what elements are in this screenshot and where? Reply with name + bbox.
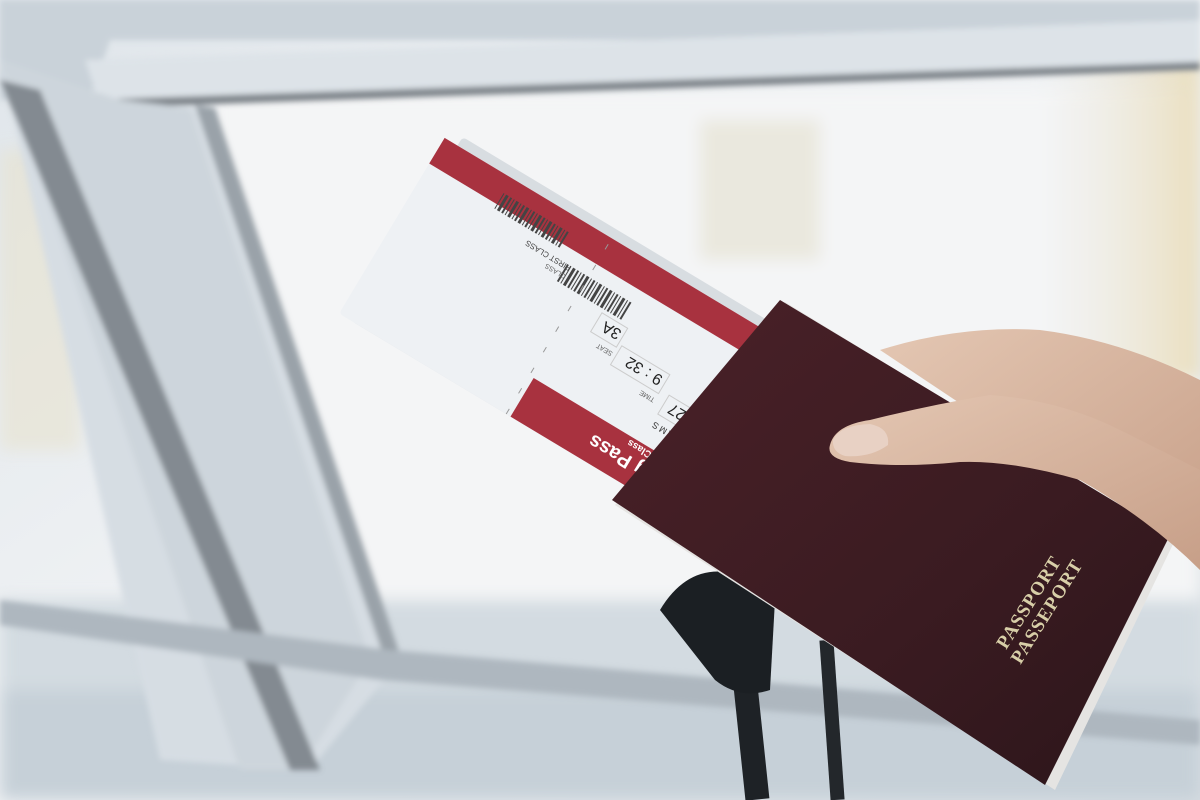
photo-scene: Boarding Pass First Class PASSENGER ANNA… <box>0 0 1200 800</box>
